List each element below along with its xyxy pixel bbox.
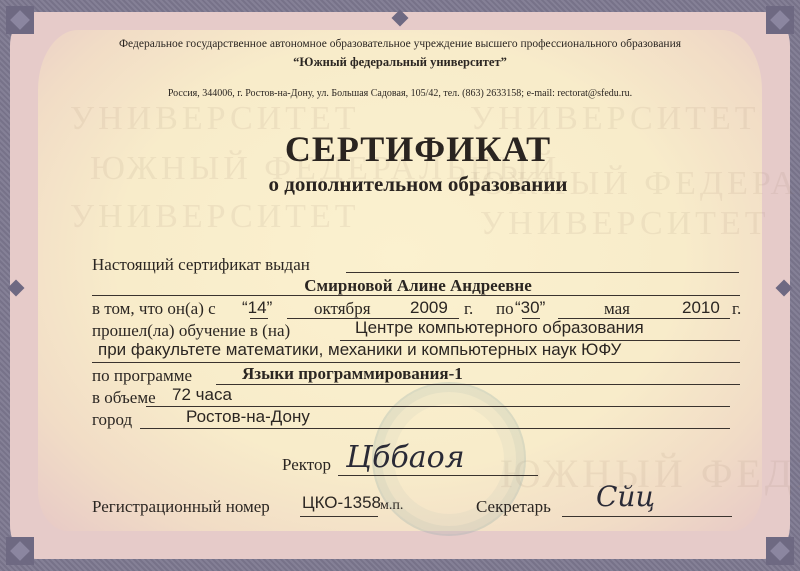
registration-label: Регистрационный номер — [92, 497, 270, 517]
recipient-name: Смирновой Алине Андреевне — [0, 276, 800, 296]
underline — [346, 272, 739, 273]
end-year: 2010 — [682, 298, 720, 318]
training-place-continued: при факультете математики, механики и ко… — [98, 340, 621, 360]
secretary-label: Секретарь — [476, 497, 551, 517]
registration-number: ЦКО-1358 — [302, 493, 381, 513]
issued-to-label: Настоящий сертификат выдан — [92, 255, 310, 275]
program-label: по программе — [92, 366, 192, 386]
certificate-subtitle: о дополнительном образовании — [0, 172, 800, 197]
university-address: Россия, 344006, г. Ростов-на-Дону, ул. Б… — [0, 88, 800, 99]
start-month: октября — [314, 299, 371, 319]
underline — [250, 318, 268, 319]
underline — [338, 475, 538, 476]
city-value: Ростов-на-Дону — [186, 407, 310, 427]
end-day: “30” — [515, 298, 545, 318]
training-label: прошел(ла) обучение в (на) — [92, 321, 290, 341]
period-to-label: по — [496, 299, 514, 319]
volume-label: в объеме — [92, 388, 156, 408]
institution-name: Федеральное государственное автономное о… — [0, 38, 800, 50]
training-place: Центре компьютерного образования — [355, 318, 644, 338]
start-day: “14” — [242, 298, 272, 318]
city-label: город — [92, 410, 132, 430]
program-name: Языки программирования-1 — [242, 364, 463, 384]
year-suffix: г. — [732, 299, 741, 319]
rector-signature: Цббаоя — [346, 440, 465, 475]
start-year: 2009 — [410, 298, 448, 318]
volume-value: 72 часа — [172, 385, 232, 405]
certificate-title: СЕРТИФИКАТ — [0, 128, 800, 170]
underline — [92, 362, 740, 363]
period-label: в том, что он(а) с — [92, 299, 216, 319]
underline — [216, 384, 740, 385]
year-suffix: г. — [464, 299, 473, 319]
end-month: мая — [604, 299, 630, 319]
underline — [92, 295, 740, 296]
underline — [300, 516, 378, 517]
stamp-place-label: м.п. — [380, 498, 403, 514]
underline — [562, 516, 732, 517]
secretary-signature: Сйц — [596, 480, 655, 513]
certificate-document: УНИВЕРСИТЕТ УНИВЕРСИТЕТ ЮЖНЫЙ ФЕДЕРАЛЬНЫ… — [0, 0, 800, 571]
underline — [140, 428, 730, 429]
university-name: “Южный федеральный университет” — [0, 55, 800, 70]
rector-label: Ректор — [282, 455, 331, 475]
